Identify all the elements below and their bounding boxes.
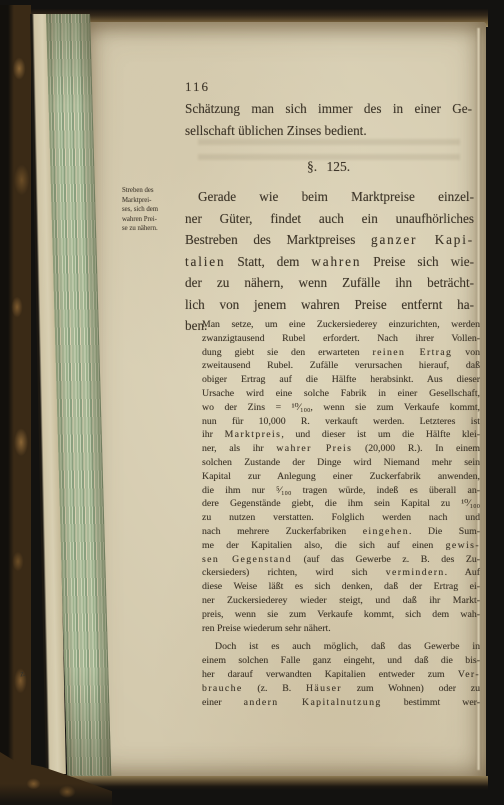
- text-segment: Marktprei-: [122, 197, 151, 204]
- book-photo: 116 Schätzung man sich immer des in eine…: [0, 0, 504, 805]
- text-segment: ganzer Kapi-: [371, 232, 474, 247]
- text-line: solchen Zustande der Dinge wird Niemand …: [202, 456, 480, 470]
- text-segment: ner Güter, findet auch ein unaufhörliche…: [185, 211, 474, 226]
- text-line: ner Zuckersiederey wieder steigt, und da…: [202, 594, 480, 608]
- text-line: obiger Ertrag auf die Hälfte herabsinkt.…: [202, 373, 480, 387]
- text-segment: zweitausend Rubel. Zufälle verursachen h…: [202, 360, 480, 371]
- text-segment: Preise sich wie-: [361, 254, 474, 269]
- text-line: Ursache wird eine solche Fabrik in einer…: [202, 387, 480, 401]
- text-line: Gerade wie beim Marktpreise einzel-: [185, 186, 474, 208]
- text-segment: brauche: [202, 683, 243, 694]
- text-line: talien Statt, dem wahren Preise sich wie…: [185, 251, 474, 273]
- text-segment: ckersieders) richten, wird sich: [202, 567, 386, 578]
- text-segment: von: [452, 347, 480, 358]
- text-segment: Häuser: [306, 683, 342, 694]
- text-line: diese Weise läßt es sich denken, daß der…: [202, 580, 480, 594]
- text-segment: nach mehrere Zuckerfabriken: [202, 526, 363, 537]
- text-line: Kapital zur Anlegung einer Zuckerfabrik …: [202, 470, 480, 484]
- text-segment: Ursache wird eine solche Fabrik in einer…: [202, 388, 480, 399]
- text-segment: wahren Prei-: [122, 216, 157, 223]
- leather-cover-edge: [0, 5, 31, 800]
- text-line: ner Güter, findet auch ein unaufhörliche…: [185, 208, 474, 230]
- text-segment: einem solchen Falle ganz eingeht, und da…: [202, 655, 480, 666]
- text-line: einem solchen Falle ganz eingeht, und da…: [202, 654, 480, 668]
- text-segment: solchen Zustande der Dinge wird Niemand …: [202, 457, 480, 468]
- text-segment: Kapital zur Anlegung einer Zuckerfabrik …: [202, 471, 480, 482]
- text-segment: talien: [185, 254, 225, 269]
- handwritten-mark: z.: [19, 668, 26, 679]
- text-segment: dung giebt sie den erwarteten: [202, 347, 373, 358]
- text-segment: ren Preise wiederum sehr nähert.: [202, 623, 331, 634]
- text-line: nun für 10,000 R. verkauft werden. Letzt…: [202, 415, 480, 429]
- main-paragraph: Gerade wie beim Marktpreise einzel-ner G…: [185, 186, 474, 337]
- text-segment: Gerade wie beim Marktpreise einzel-: [198, 189, 474, 204]
- text-segment: diese Weise läßt es sich denken, daß der…: [202, 581, 480, 592]
- text-line: dung giebt sie den erwarteten reinen Ert…: [202, 346, 480, 360]
- margin-note: Streben desMarktprei-ses, sich demwahren…: [122, 186, 182, 234]
- text-line: wahren Prei-: [122, 215, 182, 225]
- text-segment: sellschaft üblichen Zinses bedient.: [185, 123, 367, 138]
- text-segment: (auf das Gewerbe z. B. des Zu-: [292, 554, 480, 565]
- text-line: sen Gegenstand (auf das Gewerbe z. B. de…: [202, 553, 480, 567]
- excerpt-paragraph-1: Man setze, um eine Zuckersiederey einzur…: [202, 318, 480, 635]
- text-segment: Doch ist es auch möglich, daß das Gewerb…: [215, 641, 480, 652]
- section-heading: §. 125.: [185, 159, 472, 175]
- text-line: lich von jenem wahren Preise entfernt ha…: [185, 294, 474, 316]
- text-line: nach mehrere Zuckerfabriken eingehen. Di…: [202, 525, 480, 539]
- text-line: zwanzigtausend Rubel erfordert. Nach ihr…: [202, 332, 480, 346]
- text-segment: preis, wenn sie zum Verkaufe kommt, sich…: [202, 609, 480, 620]
- text-segment: wahren: [311, 254, 361, 269]
- text-segment: obiger Ertrag auf die Hälfte herabsinkt.…: [202, 374, 480, 385]
- text-line: Schätzung man sich immer des in einer Ge…: [185, 98, 472, 120]
- text-segment: Streben des: [122, 187, 154, 194]
- text-line: brauche (z. B. Häuser zum Wohnen) oder z…: [202, 682, 480, 696]
- text-segment: Schätzung man sich immer des in einer Ge…: [185, 101, 472, 116]
- text-segment: lich von jenem wahren Preise entfernt ha…: [185, 297, 474, 312]
- text-line: zu nutzen verstatten. Folglich werden na…: [202, 511, 480, 525]
- text-line: ckersieders) richten, wird sich verminde…: [202, 566, 480, 580]
- text-segment: zwanzigtausend Rubel erfordert. Nach ihr…: [202, 333, 480, 344]
- text-segment: eingehen: [363, 526, 409, 537]
- text-line: dere Gegenstände giebt, die ihm sein Kap…: [202, 497, 480, 511]
- text-segment: bestimmt wer-: [382, 697, 480, 708]
- text-segment: Ver-: [458, 669, 480, 680]
- text-line: se zu nähern.: [122, 224, 182, 234]
- intro-paragraph: Schätzung man sich immer des in einer Ge…: [185, 98, 472, 142]
- text-line: der zu nähern, wenn Zufälle ihn beträcht…: [185, 272, 474, 294]
- text-line: her darauf verwandten Kapitalien entwede…: [202, 668, 480, 682]
- text-segment: die ihm nur ⁵⁄₁₀₀ tragen würde, indeß es…: [202, 485, 480, 496]
- excerpt-block: Man setze, um eine Zuckersiederey einzur…: [202, 318, 480, 709]
- text-line: die ihm nur ⁵⁄₁₀₀ tragen würde, indeß es…: [202, 484, 480, 498]
- text-line: wo der Zins = ¹⁰⁄₁₀₀, wenn sie zum Verka…: [202, 401, 480, 415]
- text-line: ses, sich dem: [122, 205, 182, 215]
- text-line: ren Preise wiederum sehr nähert.: [202, 622, 480, 636]
- text-segment: ihr: [202, 429, 225, 440]
- text-segment: , und dieser ist um die Hälfte klei-: [281, 429, 480, 440]
- text-line: sellschaft üblichen Zinses bedient.: [185, 120, 472, 142]
- text-segment: me der Kapitalien also, die sich auf ein…: [202, 540, 446, 551]
- text-line: ihr Marktpreis, und dieser ist um die Hä…: [202, 428, 480, 442]
- text-segment: ses, sich dem: [122, 206, 158, 213]
- text-segment: (20,000 R.). In einem: [352, 443, 480, 454]
- text-segment: einer: [202, 697, 244, 708]
- text-segment: der zu nähern, wenn Zufälle ihn beträcht…: [185, 275, 474, 290]
- excerpt-paragraph-2: Doch ist es auch möglich, daß das Gewerb…: [202, 640, 480, 709]
- text-segment: Man setze, um eine Zuckersiederey einzur…: [202, 319, 480, 330]
- text-segment: . Die Sum-: [409, 526, 480, 537]
- text-segment: gewis-: [446, 540, 480, 551]
- text-segment: vermindern: [386, 567, 445, 578]
- text-line: Doch ist es auch möglich, daß das Gewerb…: [202, 640, 480, 654]
- text-segment: wahrer Preis: [276, 443, 352, 454]
- text-line: ner, als ihr wahrer Preis (20,000 R.). I…: [202, 442, 480, 456]
- text-segment: dere Gegenstände giebt, die ihm sein Kap…: [202, 498, 480, 509]
- text-segment: ner, als ihr: [202, 443, 276, 454]
- text-segment: . Auf: [445, 567, 480, 578]
- text-segment: zu nutzen verstatten. Folglich werden na…: [202, 512, 480, 523]
- text-segment: Statt, dem: [225, 254, 311, 269]
- text-segment: sen Gegenstand: [202, 554, 292, 565]
- text-line: zweitausend Rubel. Zufälle verursachen h…: [202, 359, 480, 373]
- text-segment: Bestreben des Marktpreises: [185, 232, 371, 247]
- text-segment: nun für 10,000 R. verkauft werden. Letzt…: [202, 416, 480, 427]
- text-segment: zum Wohnen) oder zu: [342, 683, 480, 694]
- text-segment: ner Zuckersiederey wieder steigt, und da…: [202, 595, 480, 606]
- text-line: einer andern Kapitalnutzung bestimmt wer…: [202, 696, 480, 710]
- text-segment: Marktpreis: [225, 429, 282, 440]
- text-segment: her darauf verwandten Kapitalien entwede…: [202, 669, 458, 680]
- text-line: preis, wenn sie zum Verkaufe kommt, sich…: [202, 608, 480, 622]
- book-bottom-edge: [56, 776, 488, 790]
- text-segment: andern Kapitalnutzung: [244, 697, 382, 708]
- text-line: Marktprei-: [122, 196, 182, 206]
- text-segment: (z. B.: [243, 683, 306, 694]
- text-line: Man setze, um eine Zuckersiederey einzur…: [202, 318, 480, 332]
- text-line: Bestreben des Marktpreises ganzer Kapi-: [185, 229, 474, 251]
- text-segment: wo der Zins = ¹⁰⁄₁₀₀, wenn sie zum Verka…: [202, 402, 480, 413]
- text-segment: se zu nähern.: [122, 225, 158, 232]
- text-segment: reinen Ertrag: [373, 347, 453, 358]
- text-line: Streben des: [122, 186, 182, 196]
- page-number: 116: [185, 79, 210, 95]
- text-line: me der Kapitalien also, die sich auf ein…: [202, 539, 480, 553]
